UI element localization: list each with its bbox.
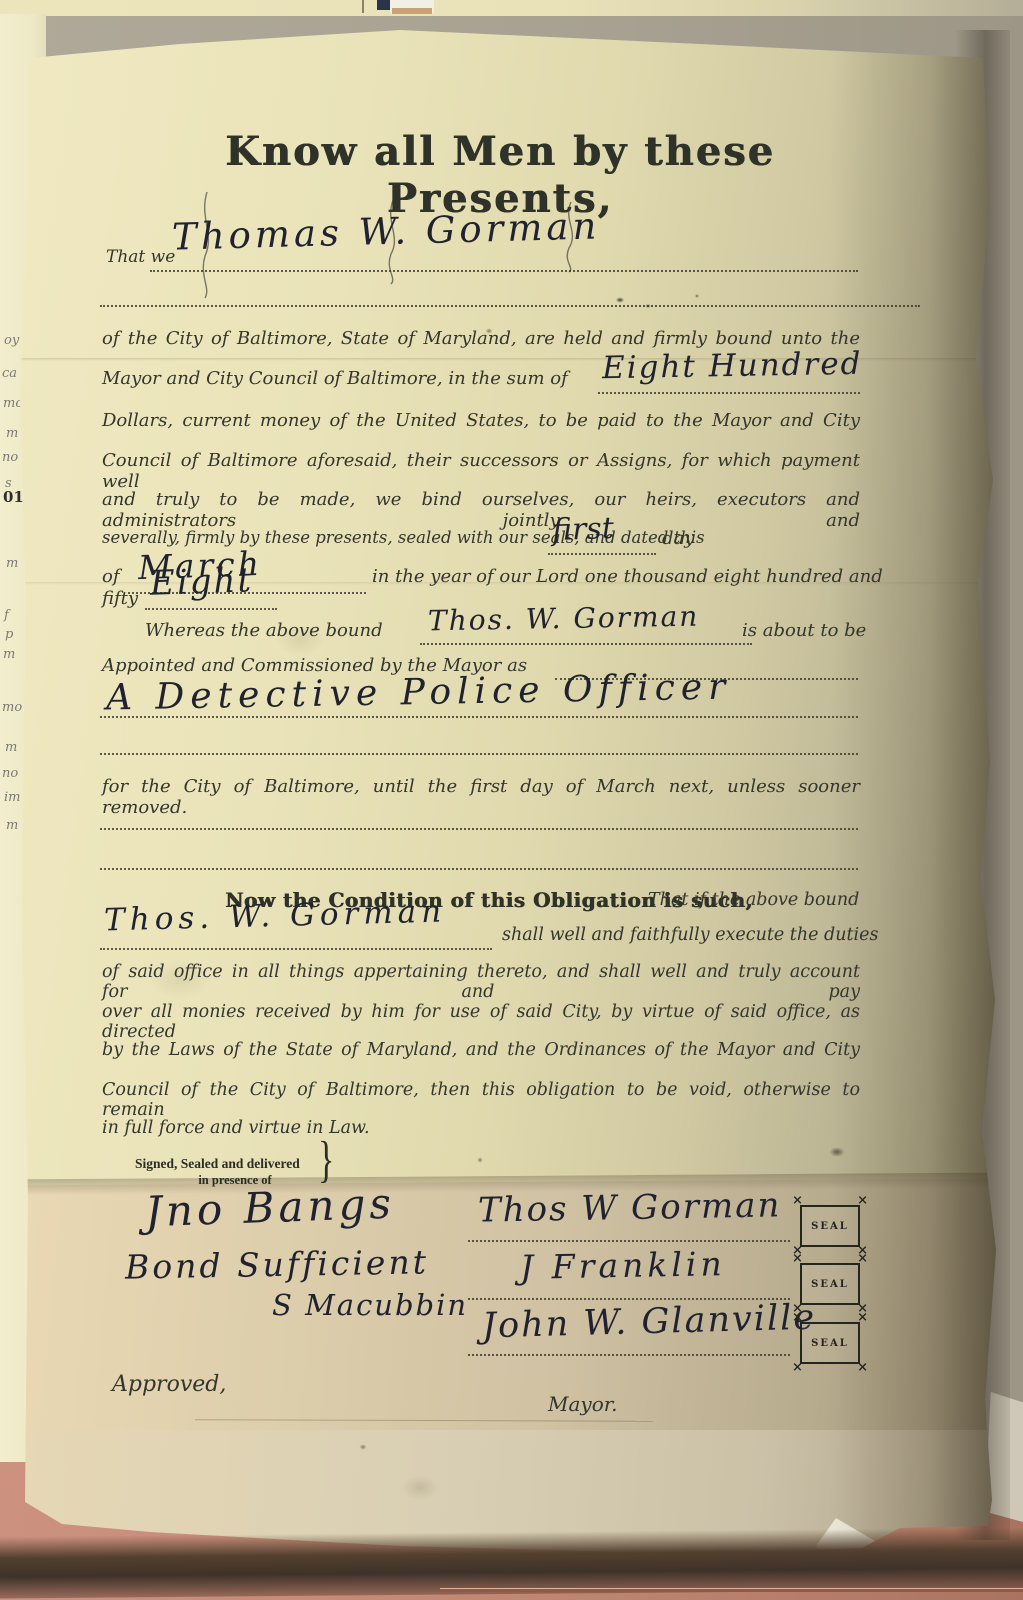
margin-fragment: ca bbox=[2, 366, 17, 381]
body-line: fifty bbox=[102, 588, 138, 609]
margin-fragment: no bbox=[2, 766, 18, 781]
condition-line: of said office in all things appertainin… bbox=[102, 962, 860, 1002]
fill-line bbox=[100, 725, 858, 755]
seal-flourish: × bbox=[857, 1254, 868, 1264]
approved-label: Approved, bbox=[112, 1372, 226, 1397]
year-handwritten: Eight bbox=[149, 560, 253, 604]
witness-signature: Jno Bangs bbox=[144, 1179, 395, 1237]
body-line: Council of Baltimore aforesaid, their su… bbox=[102, 450, 860, 492]
body-line: Mayor and City Council of Baltimore, in … bbox=[102, 368, 568, 389]
background-top-divider bbox=[362, 0, 364, 13]
margin-fragment: mo bbox=[2, 700, 22, 715]
fill-line bbox=[100, 275, 920, 307]
seal-flourish: × bbox=[857, 1363, 868, 1373]
body-line: in the year of our Lord one thousand eig… bbox=[372, 566, 883, 587]
bound-name-handwritten: Thos. W. Gorman bbox=[428, 600, 700, 638]
margin-page-number: 01 bbox=[3, 488, 24, 506]
attestation-line1: Signed, Sealed and delivered bbox=[135, 1156, 300, 1172]
margin-fragment: f bbox=[4, 608, 9, 623]
condition-line: by the Laws of the State of Maryland, an… bbox=[102, 1040, 860, 1060]
fill-line bbox=[100, 840, 858, 870]
seal-flourish: × bbox=[857, 1196, 868, 1206]
body-line: of the City of Baltimore, State of Maryl… bbox=[102, 328, 860, 349]
body-line: Dollars, current money of the United Sta… bbox=[102, 410, 860, 431]
margin-fragment: oy bbox=[4, 333, 19, 348]
background-top-strip bbox=[0, 0, 1023, 16]
body-line: day bbox=[662, 528, 694, 549]
seal-flourish: × bbox=[792, 1313, 803, 1323]
table-edge-line bbox=[440, 1588, 1023, 1592]
signer-signature: J Franklin bbox=[520, 1244, 726, 1287]
background-paper-tab-band bbox=[392, 8, 432, 14]
seal-box: SEAL bbox=[800, 1205, 860, 1247]
margin-fragment: no bbox=[2, 450, 18, 465]
scanned-document-photo: oy ca mo m no s 01 m f p m mo m no im m … bbox=[0, 0, 1023, 1600]
margin-fragment: m bbox=[5, 740, 17, 755]
margin-fragment: p bbox=[5, 627, 13, 642]
margin-fragment: m bbox=[6, 426, 18, 441]
margin-fragment: m bbox=[3, 647, 15, 662]
day-handwritten: first bbox=[551, 511, 614, 548]
fill-line bbox=[100, 800, 858, 830]
seal: SEAL × × × × bbox=[800, 1322, 860, 1364]
whereas-line: Whereas the above bound bbox=[145, 620, 383, 641]
seal-flourish: × bbox=[792, 1196, 803, 1206]
signer-signature: Thos W Gorman bbox=[478, 1185, 782, 1230]
bond-document-page: Know all Men by these Presents, That we … bbox=[0, 0, 1010, 1578]
body-line: and truly to be made, we bind ourselves,… bbox=[102, 489, 860, 531]
condition-line: over all monies received by him for use … bbox=[102, 1002, 860, 1042]
sum-handwritten: Eight Hundred bbox=[602, 346, 863, 387]
seal-box: SEAL bbox=[800, 1322, 860, 1364]
seal-flourish: × bbox=[792, 1254, 803, 1264]
background-navy-object bbox=[377, 0, 390, 10]
condition-line: That if the above bound bbox=[648, 890, 860, 910]
body-line: of bbox=[102, 566, 120, 587]
witness-note: Bond Sufficient bbox=[125, 1242, 430, 1286]
condition-line: Council of the City of Baltimore, then t… bbox=[102, 1080, 860, 1120]
seal-flourish: × bbox=[792, 1363, 803, 1373]
margin-fragment: m bbox=[6, 818, 18, 833]
condition-line: shall well and faithfully execute the du… bbox=[502, 925, 878, 945]
whereas-line: is about to be bbox=[742, 620, 866, 641]
witness-signature: S Macubbin bbox=[272, 1288, 468, 1322]
mayor-label: Mayor. bbox=[548, 1392, 617, 1416]
seal-flourish: × bbox=[857, 1313, 868, 1323]
seal: SEAL × × × × bbox=[800, 1205, 860, 1247]
margin-fragment: im bbox=[4, 790, 21, 805]
margin-fragment: m bbox=[6, 556, 18, 571]
